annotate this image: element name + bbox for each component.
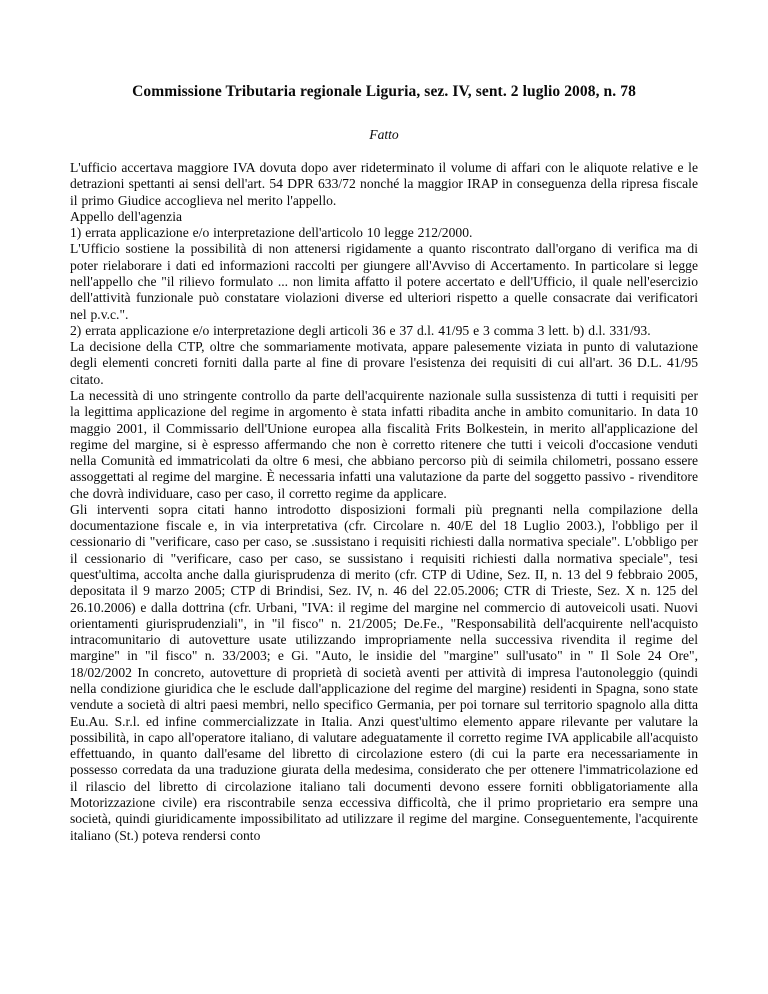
paragraph: Gli interventi sopra citati hanno introd… — [70, 502, 698, 844]
document-page: Commissione Tributaria regionale Liguria… — [0, 0, 768, 994]
paragraph: L'ufficio accertava maggiore IVA dovuta … — [70, 160, 698, 209]
document-title: Commissione Tributaria regionale Liguria… — [70, 82, 698, 102]
paragraph: Appello dell'agenzia — [70, 209, 698, 225]
paragraph: 1) errata applicazione e/o interpretazio… — [70, 225, 698, 241]
section-heading-fatto: Fatto — [70, 127, 698, 143]
paragraph: L'Ufficio sostiene la possibilità di non… — [70, 241, 698, 322]
paragraph: La decisione della CTP, oltre che sommar… — [70, 339, 698, 388]
paragraph: 2) errata applicazione e/o interpretazio… — [70, 323, 698, 339]
paragraph: La necessità di uno stringente controllo… — [70, 388, 698, 502]
document-body: L'ufficio accertava maggiore IVA dovuta … — [70, 160, 698, 844]
